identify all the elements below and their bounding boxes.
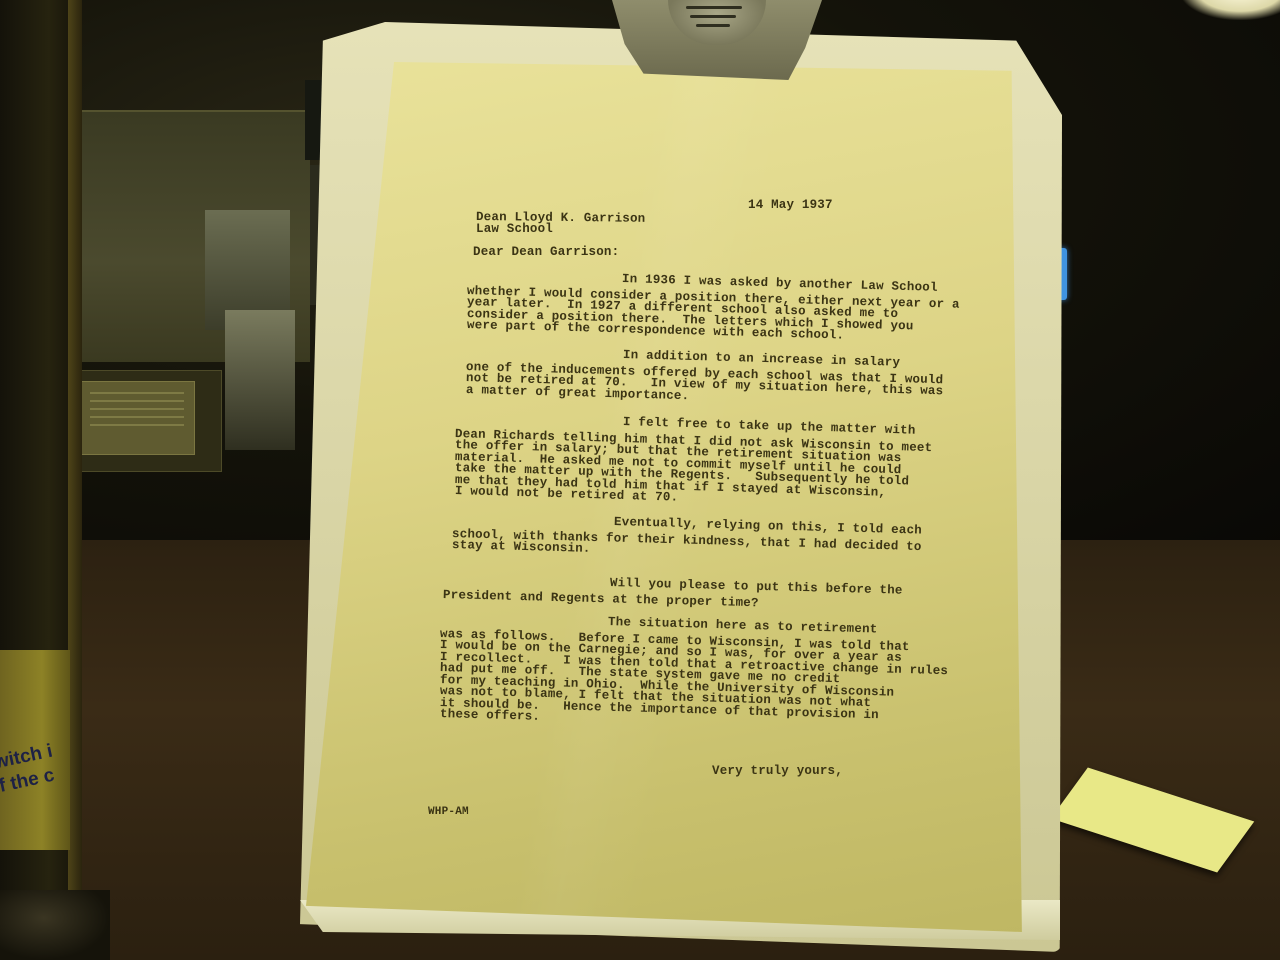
bookshelf — [225, 310, 295, 450]
lamp-base — [0, 890, 110, 960]
notice-card — [79, 381, 195, 455]
grip-ridge — [696, 24, 730, 27]
lamp-light — [1180, 0, 1280, 20]
post-label: witch i f the c — [0, 650, 70, 850]
grip-ridge — [686, 6, 742, 9]
notice-board — [70, 370, 222, 472]
grip-ridge — [690, 15, 736, 18]
photo-scene: witch i f the c — [0, 0, 1280, 960]
letter-page — [306, 62, 1041, 932]
post-label-text: witch i f the c — [0, 733, 70, 799]
